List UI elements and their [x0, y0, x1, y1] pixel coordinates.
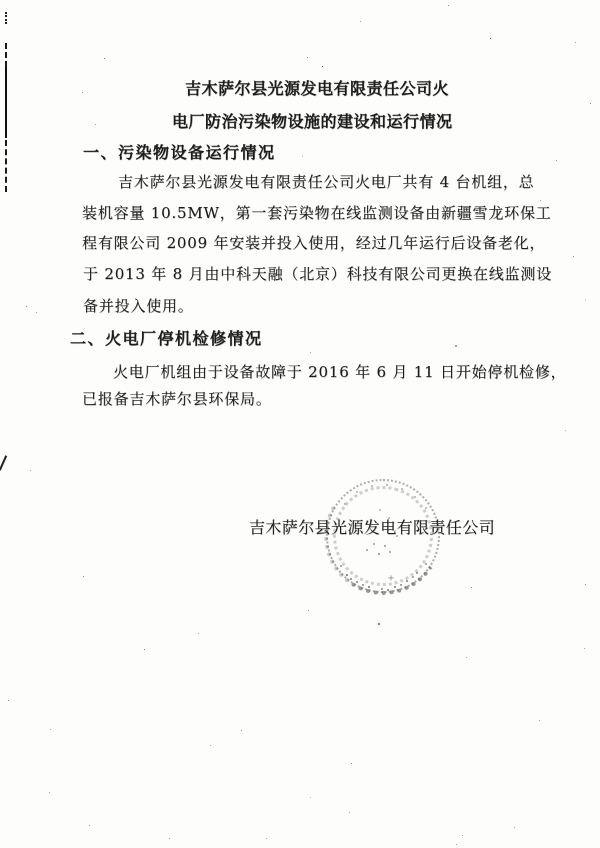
scan-speck: [378, 623, 380, 625]
document-title-line-2: 电厂防治污染物设施的建设和运行情况: [172, 109, 453, 132]
scan-edge-line-segment: [5, 43, 7, 67]
scan-speck: [349, 812, 350, 813]
scan-slash-artifact: [0, 455, 7, 470]
scan-speck: [89, 825, 90, 826]
scan-speck: [539, 720, 540, 721]
scan-speck: [266, 838, 267, 839]
scan-speck: [540, 200, 541, 201]
scan-speck: [351, 763, 352, 764]
scan-speck: [584, 648, 585, 649]
scan-edge-line-segment: [5, 67, 7, 138]
seal-plus-mark: +: [388, 573, 394, 584]
scan-speck: [573, 256, 574, 257]
section-2-body-line: 已报备吉木萨尔县环保局。: [82, 388, 272, 409]
scan-edge-line-segment: [5, 140, 7, 192]
section-1-body-line: 吉木萨尔县光源发电有限责任公司火电厂共有 4 台机组，总: [118, 171, 534, 192]
section-1-heading: 一、污染物设备运行情况: [83, 140, 276, 163]
scan-speck: [322, 66, 323, 67]
scan-speck: [490, 38, 491, 39]
scan-speck: [82, 92, 83, 93]
scan-speck: [514, 827, 515, 828]
signature-company-name: 吉木萨尔县光源发电有限责任公司: [249, 515, 495, 538]
scan-speck: [26, 306, 27, 307]
scan-speck: [462, 835, 463, 836]
scan-speck: [456, 844, 457, 845]
scan-speck: [104, 58, 105, 59]
scan-speck: [238, 130, 239, 131]
scan-speck: [307, 57, 308, 58]
section-2-body-line: 火电厂机组由于设备故障于 2016 年 6 月 11 日开始停机检修，: [113, 361, 566, 382]
scan-speck: [241, 730, 242, 731]
scan-speck: [8, 700, 9, 701]
scan-speck: [575, 42, 576, 43]
scanned-document-page: 吉木萨尔县光源发电有限责任公司火 电厂防治污染物设施的建设和运行情况 一、污染物…: [0, 0, 600, 848]
section-1-body-line: 程有限公司 2009 年安装并投入使用，经过几年运行后设备老化，: [82, 232, 545, 253]
scan-speck: [308, 610, 309, 611]
scan-speck: [302, 156, 303, 157]
scan-speck: [585, 584, 586, 585]
scan-speck: [30, 470, 31, 471]
scan-speck: [471, 587, 472, 588]
scan-speck: [448, 5, 449, 6]
scan-speck: [36, 312, 37, 313]
scan-speck: [556, 160, 557, 161]
scan-speck: [95, 124, 96, 125]
scan-speck: [144, 649, 145, 650]
scan-speck: [585, 300, 586, 301]
section-1-body-line: 装机容量 10.5MW，第一套污染物在线监测设备由新疆雪龙环保工: [82, 202, 552, 223]
scan-speck: [455, 345, 457, 347]
scan-speck: [210, 745, 211, 746]
document-title-line-1: 吉木萨尔县光源发电有限责任公司火: [185, 76, 449, 99]
scan-speck: [590, 103, 591, 104]
scan-speck: [49, 792, 50, 793]
scan-speck: [360, 21, 361, 22]
section-1-body-line: 备并投入使用。: [83, 295, 194, 316]
section-2-heading: 二、火电厂停机检修情况: [70, 326, 263, 349]
section-1-body-line: 于 2013 年 8 月由中科天融（北京）科技有限公司更换在线监测设: [83, 263, 552, 284]
scan-speck: [169, 838, 170, 839]
scan-edge-line-segment: [5, 12, 7, 24]
scan-speck: [83, 576, 84, 577]
scan-speck: [565, 430, 566, 431]
seal-speckle-texture: [326, 479, 328, 481]
scan-speck: [466, 657, 467, 658]
scan-speck: [198, 633, 199, 634]
scan-speck: [310, 352, 311, 353]
scan-speck: [50, 729, 51, 730]
scan-speck: [310, 797, 311, 798]
